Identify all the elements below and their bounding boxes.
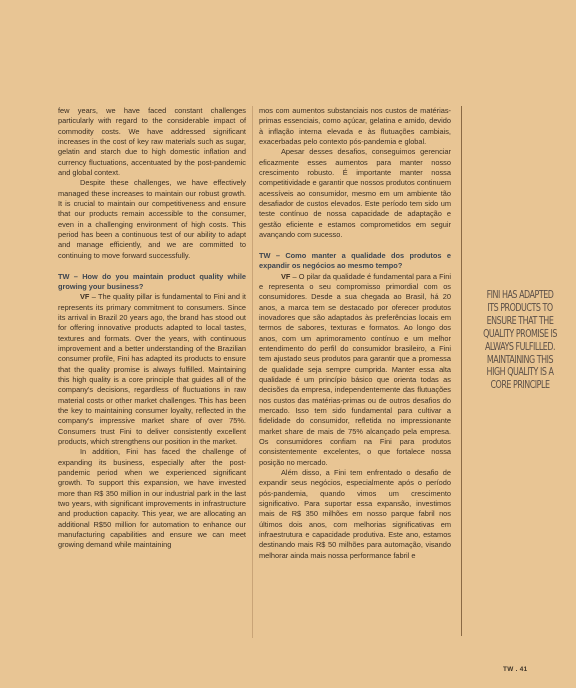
portuguese-paragraph-4: Além disso, a Fini tem enfrentado o desa… bbox=[259, 468, 451, 561]
english-answer: VF – The quality pillar is fundamental t… bbox=[58, 292, 246, 447]
page-number: TW . 41 bbox=[503, 666, 527, 673]
portuguese-paragraph-3: – O pilar da qualidade é fundamental par… bbox=[259, 272, 451, 467]
english-paragraph-2: Despite these challenges, we have effect… bbox=[58, 178, 246, 261]
column-divider-left bbox=[252, 106, 253, 638]
column-divider-right bbox=[461, 106, 462, 636]
portuguese-answer: VF – O pilar da qualidade é fundamental … bbox=[259, 272, 451, 469]
pull-quote: Fini has adapted its products to ensure … bbox=[481, 290, 559, 393]
english-paragraph-4: In addition, Fini has faced the challeng… bbox=[58, 447, 246, 550]
english-question: TW – How do you maintain product quality… bbox=[58, 272, 246, 293]
english-column: few years, we have faced constant challe… bbox=[58, 106, 246, 551]
portuguese-paragraph-1: mos com aumentos substanciais nos custos… bbox=[259, 106, 451, 147]
portuguese-question: TW – Como manter a qualidade dos produto… bbox=[259, 251, 451, 272]
portuguese-paragraph-2: Apesar desses desafios, conseguimos gere… bbox=[259, 147, 451, 240]
portuguese-column: mos com aumentos substanciais nos custos… bbox=[259, 106, 451, 561]
english-paragraph-1: few years, we have faced constant challe… bbox=[58, 106, 246, 178]
english-paragraph-3: – The quality pillar is fundamental to F… bbox=[58, 292, 246, 446]
